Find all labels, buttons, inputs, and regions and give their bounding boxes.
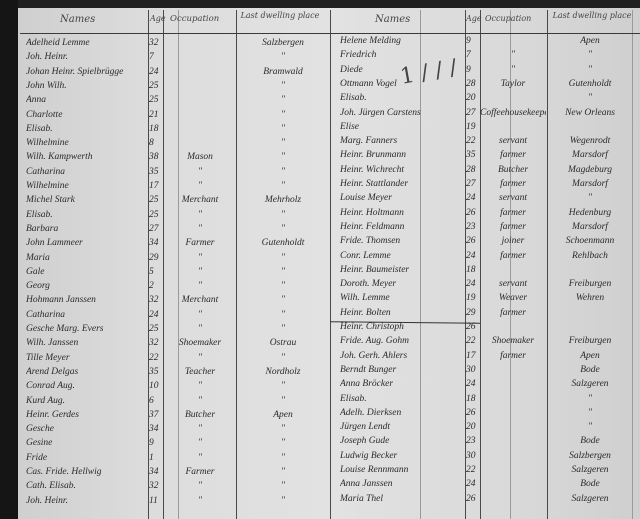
passenger-last-dwelling: Magdeburg	[549, 165, 631, 175]
passenger-last-dwelling: "	[549, 93, 631, 103]
passenger-name: Anna Bröcker	[340, 379, 465, 389]
passenger-last-dwelling: Freiburgen	[549, 336, 631, 346]
passenger-name: Elisab.	[340, 394, 465, 404]
table-row: Heinr. Christoph26	[0, 322, 640, 336]
passenger-age: 22	[466, 336, 480, 346]
passenger-last-dwelling: Marsdorf	[549, 222, 631, 232]
table-row: Joh. Jürgen Carstens27CoffeehousekeeperN…	[0, 108, 640, 122]
passenger-last-dwelling: "	[549, 408, 631, 418]
passenger-age: 35	[466, 150, 480, 160]
table-row: Elisab.20"	[0, 93, 640, 107]
passenger-occupation: farmer	[480, 222, 546, 232]
passenger-age: 23	[466, 222, 480, 232]
passenger-last-dwelling: Salzbergen	[549, 451, 631, 461]
table-row: Diede9""	[0, 65, 640, 79]
passenger-name: Friedrich	[340, 50, 465, 60]
passenger-last-dwelling: Marsdorf	[549, 179, 631, 189]
passenger-occupation: farmer	[480, 150, 546, 160]
table-row: Conr. Lemme24farmerRehlbach	[0, 251, 640, 265]
passenger-age: 22	[466, 465, 480, 475]
passenger-age: 24	[466, 479, 480, 489]
passenger-age: 26	[466, 408, 480, 418]
passenger-occupation: farmer	[480, 251, 546, 261]
passenger-occupation: Butcher	[480, 165, 546, 175]
table-row: Adelh. Dierksen26"	[0, 408, 640, 422]
passenger-name: Joh. Gerh. Ahlers	[340, 351, 465, 361]
passenger-last-dwelling: Bode	[549, 436, 631, 446]
passenger-occupation: Taylor	[480, 79, 546, 89]
passenger-last-dwelling: Marsdorf	[549, 150, 631, 160]
passenger-last-dwelling: "	[549, 65, 631, 75]
passenger-name: Fride. Thomsen	[340, 236, 465, 246]
header-occupation-right: Occupation	[485, 14, 531, 23]
table-row: Joh. Gerh. Ahlers17farmerApen	[0, 351, 640, 365]
passenger-occupation: servant	[480, 279, 546, 289]
table-row: Anna Janssen24Bode	[0, 479, 640, 493]
passenger-age: 24	[466, 379, 480, 389]
passenger-age: 30	[466, 451, 480, 461]
passenger-age: 18	[466, 394, 480, 404]
passenger-name: Helene Melding	[340, 36, 465, 46]
passenger-age: 20	[466, 422, 480, 432]
passenger-last-dwelling: Bode	[549, 365, 631, 375]
header-names-right: Names	[375, 14, 410, 25]
header-dwelling-right: Last dwelling place	[552, 12, 632, 20]
passenger-name: Elise	[340, 122, 465, 132]
passenger-name: Wilh. Lemme	[340, 293, 465, 303]
passenger-age: 18	[466, 265, 480, 275]
table-row: Marg. Fanners22servantWegenrodt	[0, 136, 640, 150]
passenger-occupation: servant	[480, 136, 546, 146]
passenger-last-dwelling: Hedenburg	[549, 208, 631, 218]
passenger-occupation: farmer	[480, 208, 546, 218]
passenger-age: 20	[466, 93, 480, 103]
passenger-last-dwelling: "	[549, 394, 631, 404]
passenger-occupation: joiner	[480, 236, 546, 246]
table-row: Fride. Thomsen26joinerSchoenmann	[0, 236, 640, 250]
passenger-age: 9	[466, 65, 480, 75]
header-age-left: Age	[150, 14, 166, 23]
passenger-age: 26	[466, 322, 480, 332]
passenger-occupation: "	[480, 65, 546, 75]
passenger-name: Anna Janssen	[340, 479, 465, 489]
table-row: Heinr. Bolten29farmer	[0, 308, 640, 322]
table-row: Heinr. Wichrecht28ButcherMagdeburg	[0, 165, 640, 179]
header-rule	[20, 33, 640, 34]
passenger-occupation: Shoemaker	[480, 336, 546, 346]
passenger-last-dwelling: Wegenrodt	[549, 136, 631, 146]
passenger-name: Conr. Lemme	[340, 251, 465, 261]
passenger-name: Heinr. Bolten	[340, 308, 465, 318]
table-row: Berndt Bunger30Bode	[0, 365, 640, 379]
table-row: Heinr. Brunmann35farmerMarsdorf	[0, 150, 640, 164]
passenger-age: 24	[466, 279, 480, 289]
table-row: Maria Thel26Salzgeren	[0, 494, 640, 508]
passenger-last-dwelling: Salzgeren	[549, 494, 631, 504]
passenger-name: Heinr. Baumeister	[340, 265, 465, 275]
passenger-name: Marg. Fanners	[340, 136, 465, 146]
passenger-last-dwelling: "	[549, 50, 631, 60]
header-names-left: Names	[60, 14, 95, 25]
passenger-last-dwelling: Salzgeren	[549, 379, 631, 389]
table-row: Friedrich7""	[0, 50, 640, 64]
table-row: Louise Meyer24servant"	[0, 193, 640, 207]
passenger-name: Adelh. Dierksen	[340, 408, 465, 418]
passenger-age: 24	[466, 251, 480, 261]
passenger-name: Jürgen Lendt	[340, 422, 465, 432]
passenger-last-dwelling: Wehren	[549, 293, 631, 303]
passenger-age: 19	[466, 293, 480, 303]
passenger-last-dwelling: Schoenmann	[549, 236, 631, 246]
table-row: Fride. Aug. Gohm22ShoemakerFreiburgen	[0, 336, 640, 350]
passenger-name: Ludwig Becker	[340, 451, 465, 461]
table-row: Heinr. Baumeister18	[0, 265, 640, 279]
passenger-name: Elisab.	[340, 93, 465, 103]
passenger-age: 26	[466, 208, 480, 218]
header-occupation-left: Occupation	[170, 14, 219, 24]
header-dwelling-left: Last dwelling place	[240, 12, 320, 20]
passenger-occupation: farmer	[480, 179, 546, 189]
passenger-last-dwelling: Apen	[549, 351, 631, 361]
passenger-age: 30	[466, 365, 480, 375]
table-row: Joseph Gude23Bode	[0, 436, 640, 450]
passenger-name: Joh. Jürgen Carstens	[340, 108, 465, 118]
passenger-name: Berndt Bunger	[340, 365, 465, 375]
passenger-age: 26	[466, 494, 480, 504]
table-row: Louise Rennmann22Salzgeren	[0, 465, 640, 479]
passenger-name: Louise Rennmann	[340, 465, 465, 475]
passenger-name: Heinr. Feldmann	[340, 222, 465, 232]
passenger-name: Diede	[340, 65, 465, 75]
table-row: Elisab.18"	[0, 394, 640, 408]
passenger-last-dwelling: Apen	[549, 36, 631, 46]
table-row: Ottmann Vogel28TaylorGutenholdt	[0, 79, 640, 93]
passenger-age: 28	[466, 79, 480, 89]
passenger-name: Heinr. Holtmann	[340, 208, 465, 218]
table-row: Heinr. Stattlander27farmerMarsdorf	[0, 179, 640, 193]
passenger-occupation: farmer	[480, 308, 546, 318]
table-row: Anna Bröcker24Salzgeren	[0, 379, 640, 393]
passenger-age: 28	[466, 165, 480, 175]
passenger-name: Heinr. Wichrecht	[340, 165, 465, 175]
table-row: Doroth. Meyer24servantFreiburgen	[0, 279, 640, 293]
passenger-name: Heinr. Brunmann	[340, 150, 465, 160]
passenger-age: 7	[466, 50, 480, 60]
passenger-last-dwelling: Bode	[549, 479, 631, 489]
passenger-age: 19	[466, 122, 480, 132]
passenger-occupation: Weaver	[480, 293, 546, 303]
table-row: Heinr. Holtmann26farmerHedenburg	[0, 208, 640, 222]
passenger-name: Heinr. Stattlander	[340, 179, 465, 189]
table-row: Heinr. Feldmann23farmerMarsdorf	[0, 222, 640, 236]
passenger-name: Heinr. Christoph	[340, 322, 465, 332]
passenger-last-dwelling: "	[549, 193, 631, 203]
passenger-last-dwelling: Salzgeren	[549, 465, 631, 475]
header-age-right: Age	[466, 14, 482, 23]
passenger-age: 29	[466, 308, 480, 318]
passenger-last-dwelling: New Orleans	[549, 108, 631, 118]
passenger-name: Doroth. Meyer	[340, 279, 465, 289]
passenger-age: 17	[466, 351, 480, 361]
passenger-name: Joseph Gude	[340, 436, 465, 446]
passenger-last-dwelling: Gutenholdt	[549, 79, 631, 89]
passenger-name: Fride. Aug. Gohm	[340, 336, 465, 346]
table-row: Jürgen Lendt20"	[0, 422, 640, 436]
table-row: Elise19	[0, 122, 640, 136]
passenger-occupation: "	[480, 50, 546, 60]
passenger-last-dwelling: Rehlbach	[549, 251, 631, 261]
passenger-last-dwelling: Freiburgen	[549, 279, 631, 289]
passenger-age: 27	[466, 179, 480, 189]
passenger-age: 24	[466, 193, 480, 203]
table-row: Ludwig Becker30Salzbergen	[0, 451, 640, 465]
passenger-age: 26	[466, 236, 480, 246]
passenger-occupation: servant	[480, 193, 546, 203]
passenger-name: Ottmann Vogel	[340, 79, 465, 89]
passenger-age: 27	[466, 108, 480, 118]
table-row: Wilh. Lemme19WeaverWehren	[0, 293, 640, 307]
passenger-age: 22	[466, 136, 480, 146]
passenger-age: 9	[466, 36, 480, 46]
passenger-last-dwelling: "	[549, 422, 631, 432]
passenger-name: Louise Meyer	[340, 193, 465, 203]
passenger-name: Maria Thel	[340, 494, 465, 504]
table-row: Helene Melding9Apen	[0, 36, 640, 50]
passenger-occupation: farmer	[480, 351, 546, 361]
passenger-age: 23	[466, 436, 480, 446]
passenger-occupation: Coffeehousekeeper	[480, 108, 546, 118]
